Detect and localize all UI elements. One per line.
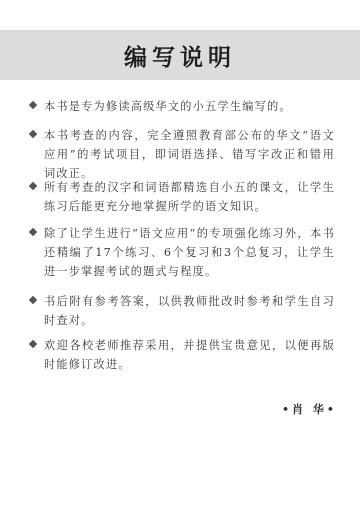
- item-text: 欢迎各校老师推荐采用，并提供宝贵意见，以便再版时能修订改进。: [44, 336, 335, 374]
- page-title: 编写说明: [124, 39, 236, 72]
- author-signature: •肖 华•: [282, 401, 337, 417]
- list-item: 本书考查的内容，完全遵照教育部公布的华文“语文应用”的考试项目，即词语选择、错写…: [30, 126, 335, 183]
- item-text: 除了让学生进行“语文应用”的专项强化练习外，本书还精编了17个练习、6个复习和3…: [44, 224, 335, 281]
- item-text: 所有考查的汉字和词语都精选自小五的课文，让学生练习后能更充分地掌握所学的语文知识…: [44, 178, 335, 216]
- item-text: 本书考查的内容，完全遵照教育部公布的华文“语文应用”的考试项目，即词语选择、错写…: [44, 126, 335, 183]
- list-item: 欢迎各校老师推荐采用，并提供宝贵意见，以便再版时能修订改进。: [30, 336, 335, 374]
- diamond-bullet-icon: [29, 130, 37, 138]
- item-text: 书后附有参考答案，以供教师批改时参考和学生自习时查对。: [44, 292, 335, 330]
- list-item: 书后附有参考答案，以供教师批改时参考和学生自习时查对。: [30, 292, 335, 330]
- diamond-bullet-icon: [29, 296, 37, 304]
- list-item: 除了让学生进行“语文应用”的专项强化练习外，本书还精编了17个练习、6个复习和3…: [30, 224, 335, 281]
- item-text: 本书是专为修读高级华文的小五学生编写的。: [44, 97, 335, 116]
- list-item: 本书是专为修读高级华文的小五学生编写的。: [30, 97, 335, 116]
- diamond-bullet-icon: [29, 228, 37, 236]
- diamond-bullet-icon: [29, 101, 37, 109]
- title-bar: 编写说明: [0, 30, 360, 80]
- diamond-bullet-icon: [29, 182, 37, 190]
- list-item: 所有考查的汉字和词语都精选自小五的课文，让学生练习后能更充分地掌握所学的语文知识…: [30, 178, 335, 216]
- diamond-bullet-icon: [29, 340, 37, 348]
